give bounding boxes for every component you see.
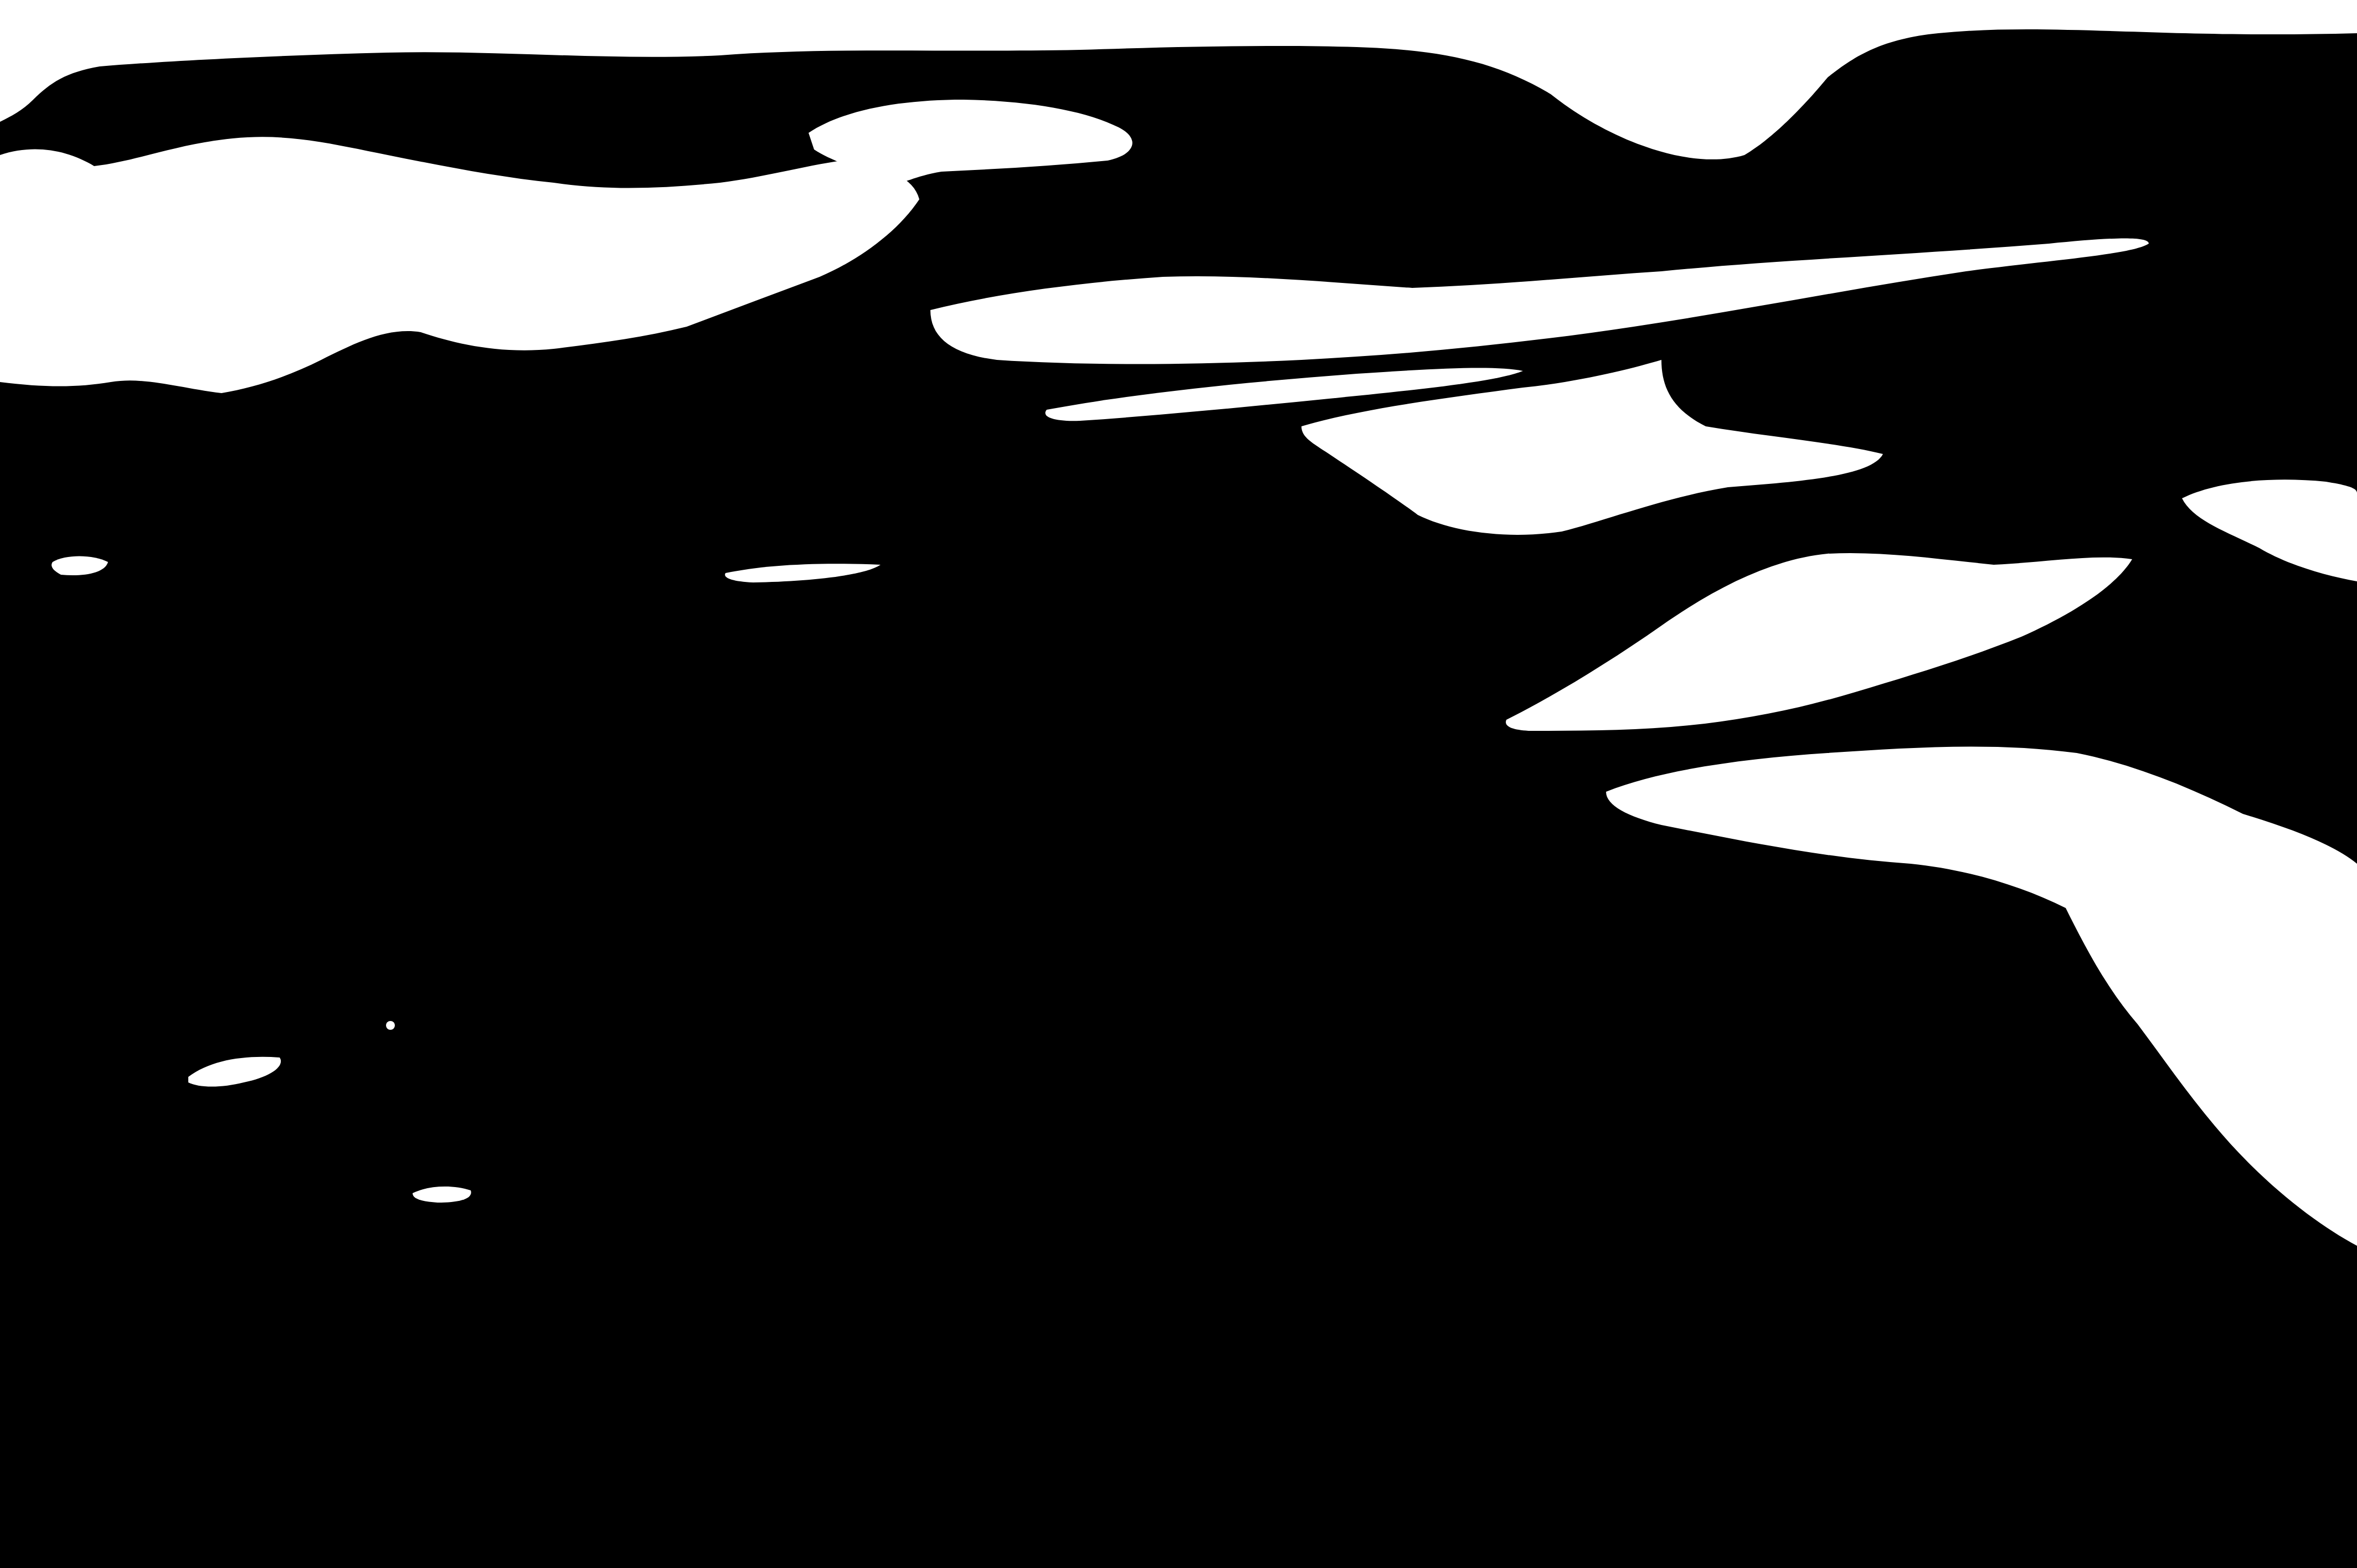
cloud-speck-dot xyxy=(386,1021,395,1030)
cloud-mask-layer xyxy=(0,0,2357,1568)
mask-image xyxy=(0,0,2357,1568)
